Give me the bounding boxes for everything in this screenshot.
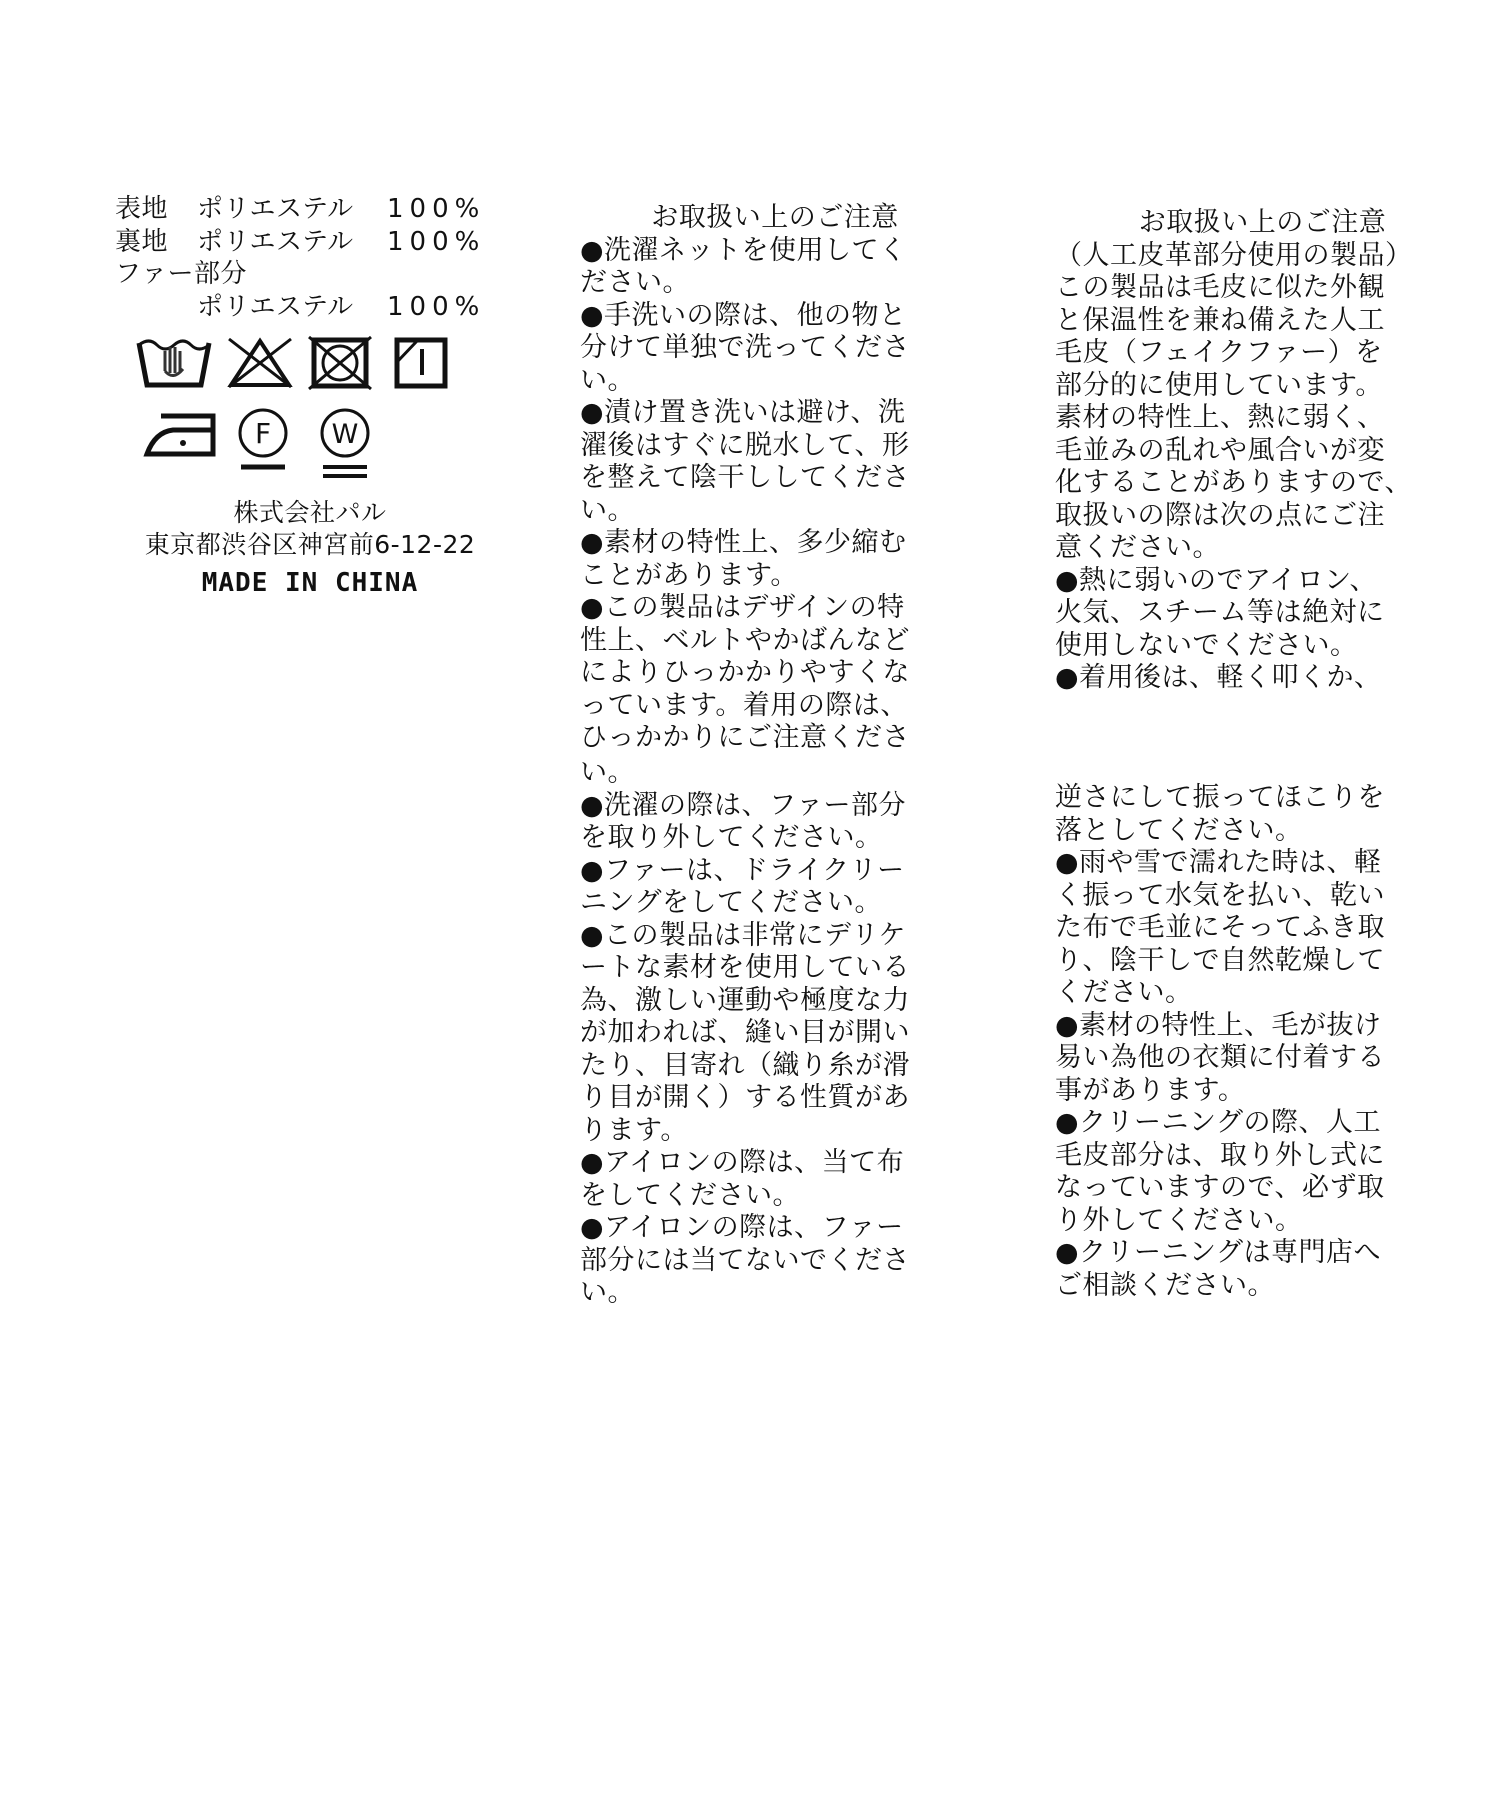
care-note-line: い。 (580, 495, 970, 528)
care-note-line: 分けて単独で洗ってくださ (580, 332, 970, 365)
care-note-line: ●この製品はデザインの特 (580, 592, 970, 625)
care-note-line: 化することがありますので、 (1055, 467, 1500, 500)
care-note-line: 意ください。 (1055, 532, 1500, 565)
care-note-line: ●漬け置き洗いは避け、洗 (580, 397, 970, 430)
composition-percent: 100% (387, 226, 485, 259)
care-note-line: ださい。 (580, 267, 970, 300)
care-note-line: 部分的に使用しています。 (1055, 370, 1500, 403)
care-notes-general-bottom: い。●洗濯の際は、ファー部分を取り外してください。●ファーは、ドライクリーニング… (580, 757, 970, 1310)
care-note-line: 部分には当てないでくださ (580, 1245, 970, 1278)
care-note-line: ●ファーは、ドライクリー (580, 855, 970, 888)
no-tumble-dry-icon (307, 335, 373, 393)
care-note-line: い。 (580, 1277, 970, 1310)
manufacturer-info: 株式会社パル 東京都渋谷区神宮前6-12-22 MADE IN CHINA (110, 497, 510, 599)
iron-low-icon (143, 410, 219, 460)
care-notes-faux-fur-top: お取扱い上のご注意 （人工皮革部分使用の製品） この製品は毛皮に似た外観と保温性… (1055, 207, 1500, 695)
care-note-line: 易い為他の衣類に付着する (1055, 1042, 1500, 1075)
care-note-line: 取扱いの際は次の点にご注 (1055, 500, 1500, 533)
care-note-line: い。 (580, 757, 970, 790)
care-note-line: が加われば、縫い目が開い (580, 1017, 970, 1050)
care-note-line: ●クリーニングの際、人工 (1055, 1107, 1500, 1140)
care-note-line: ●クリーニングは専門店へ (1055, 1237, 1500, 1270)
care-note-line: 毛皮（フェイクファー）を (1055, 337, 1500, 370)
care-note-line: た布で毛並にそってふき取 (1055, 912, 1500, 945)
care-note-line: く振って水気を払い、乾い (1055, 880, 1500, 913)
care-note-line: 為、激しい運動や極度な力 (580, 985, 970, 1018)
composition-material: ポリエステル (197, 193, 387, 226)
section-subheading: （人工皮革部分使用の製品） (1055, 240, 1500, 273)
line-dry-shade-icon (393, 335, 449, 393)
composition-row-fur: ポリエステル 100% (115, 291, 515, 324)
care-note-line: 使用しないでください。 (1055, 630, 1500, 663)
care-note-line: ります。 (580, 1115, 970, 1148)
svg-text:F: F (255, 417, 271, 450)
composition-row-outer: 表地 ポリエステル 100% (115, 193, 515, 226)
wet-clean-w-icon: W (315, 405, 375, 483)
care-note-line: なっていますので、必ず取 (1055, 1172, 1500, 1205)
care-note-line: ●素材の特性上、毛が抜け (1055, 1010, 1500, 1043)
section-heading: お取扱い上のご注意 (1055, 207, 1500, 240)
composition-label: ファー部分 (115, 258, 247, 291)
care-note-line: ●洗濯ネットを使用してく (580, 235, 970, 268)
composition-percent: 100% (387, 193, 485, 226)
care-note-line: り目が開く）する性質があ (580, 1082, 970, 1115)
care-note-line: り、陰干しで自然乾燥して (1055, 945, 1500, 978)
care-notes-faux-fur-bottom: 逆さにして振ってほこりを落としてください。●雨や雪で濡れた時は、軽く振って水気を… (1055, 782, 1500, 1302)
care-note-line: ことがあります。 (580, 560, 970, 593)
composition-row-fur-label: ファー部分 (115, 258, 515, 291)
care-notes-lines: この製品は毛皮に似た外観と保温性を兼ね備えた人工毛皮（フェイクファー）を部分的に… (1055, 272, 1500, 695)
care-note-line: ひっかかりにご注意くださ (580, 722, 970, 755)
composition-material: ポリエステル (197, 291, 387, 324)
care-notes-lines: 逆さにして振ってほこりを落としてください。●雨や雪で濡れた時は、軽く振って水気を… (1055, 782, 1500, 1302)
care-note-line: 性上、ベルトやかばんなど (580, 625, 970, 658)
company-address: 東京都渋谷区神宮前6-12-22 (110, 529, 510, 561)
composition-percent: 100% (387, 291, 485, 324)
care-notes-lines: い。●洗濯の際は、ファー部分を取り外してください。●ファーは、ドライクリーニング… (580, 757, 970, 1310)
care-note-line: い。 (580, 365, 970, 398)
country-of-origin: MADE IN CHINA (110, 567, 510, 599)
care-note-line: 素材の特性上、熱に弱く、 (1055, 402, 1500, 435)
care-note-line: をしてください。 (580, 1180, 970, 1213)
care-note-line: 毛皮部分は、取り外し式に (1055, 1140, 1500, 1173)
care-note-line: ●熱に弱いのでアイロン、 (1055, 565, 1500, 598)
care-note-line: たり、目寄れ（織り糸が滑 (580, 1050, 970, 1083)
care-note-line: ください。 (1055, 977, 1500, 1010)
care-note-line: ートな素材を使用している (580, 952, 970, 985)
care-note-line: を整えて陰干ししてくださ (580, 462, 970, 495)
care-note-line: によりひっかかりやすくな (580, 657, 970, 690)
care-symbols: F W (135, 335, 495, 485)
care-note-line: を取り外してください。 (580, 822, 970, 855)
care-note-line: 逆さにして振ってほこりを (1055, 782, 1500, 815)
company-name: 株式会社パル (110, 497, 510, 529)
care-note-line: 濯後はすぐに脱水して、形 (580, 430, 970, 463)
composition-label: 裏地 (115, 226, 197, 259)
composition-row-lining: 裏地 ポリエステル 100% (115, 226, 515, 259)
care-note-line: ●アイロンの際は、ファー (580, 1212, 970, 1245)
dry-clean-f-icon: F (233, 405, 293, 477)
care-notes-lines: ●洗濯ネットを使用してください。●手洗いの際は、他の物と分けて単独で洗ってくださ… (580, 235, 970, 755)
care-note-line: ●着用後は、軽く叩くか、 (1055, 662, 1500, 695)
care-note-line: ●手洗いの際は、他の物と (580, 300, 970, 333)
composition-label: 表地 (115, 193, 197, 226)
care-note-line: ご相談ください。 (1055, 1270, 1500, 1303)
care-note-line: この製品は毛皮に似た外観 (1055, 272, 1500, 305)
care-note-line: ●素材の特性上、多少縮む (580, 527, 970, 560)
composition-material: ポリエステル (197, 226, 387, 259)
care-note-line: 事があります。 (1055, 1075, 1500, 1108)
care-note-line: ニングをしてください。 (580, 887, 970, 920)
care-note-line: ●アイロンの際は、当て布 (580, 1147, 970, 1180)
care-note-line: 火気、スチーム等は絶対に (1055, 597, 1500, 630)
svg-text:W: W (332, 419, 359, 450)
care-note-line: 毛並みの乱れや風合いが変 (1055, 435, 1500, 468)
hand-wash-icon (135, 335, 213, 393)
care-notes-general-top: お取扱い上のご注意 ●洗濯ネットを使用してください。●手洗いの際は、他の物と分け… (580, 202, 970, 755)
care-note-line: っています。着用の際は、 (580, 690, 970, 723)
care-note-line: ●この製品は非常にデリケ (580, 920, 970, 953)
care-note-line: 落としてください。 (1055, 815, 1500, 848)
care-note-line: り外してください。 (1055, 1205, 1500, 1238)
care-note-line: ●洗濯の際は、ファー部分 (580, 790, 970, 823)
care-note-line: ●雨や雪で濡れた時は、軽 (1055, 847, 1500, 880)
fabric-composition: 表地 ポリエステル 100% 裏地 ポリエステル 100% ファー部分 ポリエス… (115, 193, 515, 323)
section-heading: お取扱い上のご注意 (580, 202, 970, 235)
no-bleach-icon (225, 335, 295, 393)
care-note-line: と保温性を兼ね備えた人工 (1055, 305, 1500, 338)
